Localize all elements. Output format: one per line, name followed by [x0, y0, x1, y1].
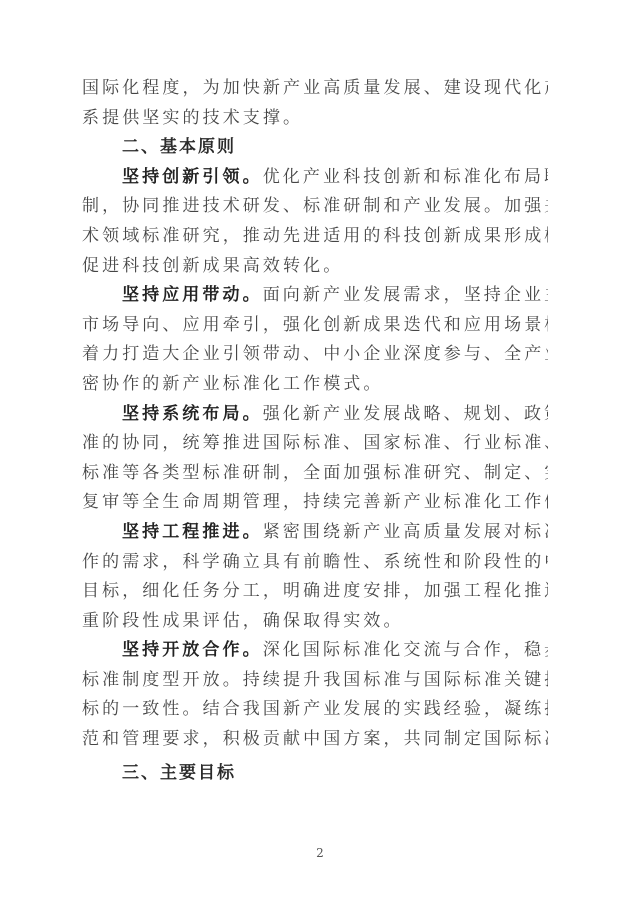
- principle-text: 优化产业科技创新和标准化布局联动机: [263, 167, 548, 187]
- principle-openness-first-line: 坚持开放合作。深化国际标准化交流与合作，稳步扩大: [82, 636, 548, 666]
- section-heading: 二、基本原则: [82, 133, 548, 163]
- paragraph-line: 标的一致性。结合我国新产业发展的实践经验，凝练技术规: [82, 695, 548, 725]
- principle-application-first-line: 坚持应用带动。面向新产业发展需求，坚持企业主体、: [82, 281, 548, 311]
- paragraph-line: 目标，细化任务分工，明确进度安排，加强工程化推进，注: [82, 577, 548, 607]
- paragraph-line: 系提供坚实的技术支撑。: [82, 104, 548, 134]
- paragraph-line: 标准等各类型标准研制，全面加强标准研究、制定、实施、: [82, 459, 548, 489]
- principle-lead: 坚持应用带动。: [122, 285, 263, 305]
- paragraph-line: 重阶段性成果评估，确保取得实效。: [82, 607, 548, 637]
- page-number: 2: [0, 846, 640, 860]
- principle-text: 强化新产业发展战略、规划、政策、标: [263, 404, 548, 424]
- principle-text: 面向新产业发展需求，坚持企业主体、: [263, 285, 548, 305]
- paragraph-line: 制，协同推进技术研发、标准研制和产业发展。加强关键技: [82, 192, 548, 222]
- paragraph-line: 市场导向、应用牵引，强化创新成果迭代和应用场景构建，: [82, 311, 548, 341]
- paragraph-line: 作的需求，科学确立具有前瞻性、系统性和阶段性的中长期: [82, 548, 548, 578]
- principle-text: 深化国际标准化交流与合作，稳步扩大: [263, 640, 548, 660]
- principle-lead: 坚持开放合作。: [122, 640, 263, 660]
- paragraph-line: 密协作的新产业标准化工作模式。: [82, 370, 548, 400]
- paragraph-line: 复审等全生命周期管理，持续完善新产业标准化工作体系。: [82, 488, 548, 518]
- paragraph-line: 标准制度型开放。持续提升我国标准与国际标准关键技术指: [82, 666, 548, 696]
- document-body: 国际化程度，为加快新产业高质量发展、建设现代化产业体 系提供坚实的技术支撑。 二…: [82, 74, 548, 788]
- document-page: 国际化程度，为加快新产业高质量发展、建设现代化产业体 系提供坚实的技术支撑。 二…: [0, 0, 640, 899]
- paragraph-line: 促进科技创新成果高效转化。: [82, 252, 548, 282]
- principle-system-first-line: 坚持系统布局。强化新产业发展战略、规划、政策、标: [82, 400, 548, 430]
- paragraph-line: 着力打造大企业引领带动、中小企业深度参与、全产业链紧: [82, 340, 548, 370]
- principle-lead: 坚持创新引领。: [122, 167, 263, 187]
- principle-innovation-first-line: 坚持创新引领。优化产业科技创新和标准化布局联动机: [82, 163, 548, 193]
- principle-lead: 坚持工程推进。: [122, 522, 263, 542]
- principle-lead: 坚持系统布局。: [122, 404, 263, 424]
- section-heading: 三、主要目标: [82, 759, 548, 789]
- paragraph-line: 国际化程度，为加快新产业高质量发展、建设现代化产业体: [82, 74, 548, 104]
- paragraph-line: 范和管理要求，积极贡献中国方案，共同制定国际标准。: [82, 725, 548, 755]
- principle-text: 紧密围绕新产业高质量发展对标准化工: [263, 522, 548, 542]
- paragraph-line: 准的协同，统筹推进国际标准、国家标准、行业标准、团体: [82, 429, 548, 459]
- paragraph-line: 术领域标准研究，推动先进适用的科技创新成果形成标准，: [82, 222, 548, 252]
- principle-engineering-first-line: 坚持工程推进。紧密围绕新产业高质量发展对标准化工: [82, 518, 548, 548]
